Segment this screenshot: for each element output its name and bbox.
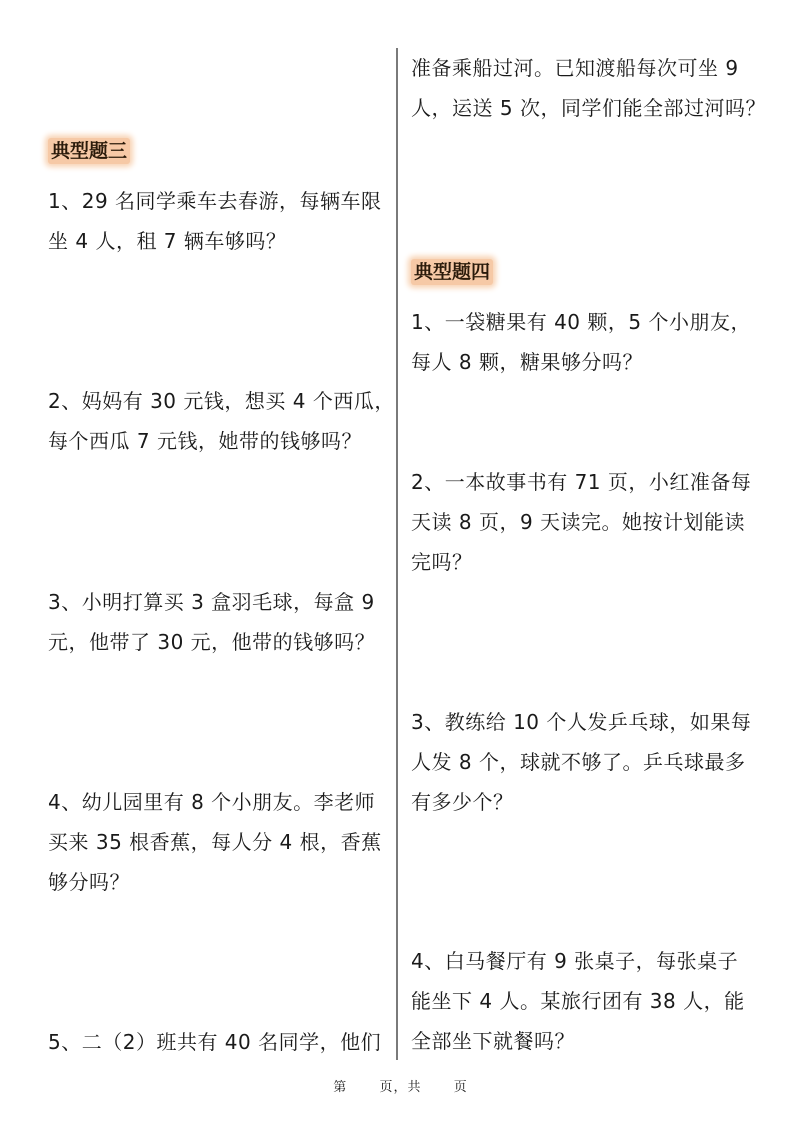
question-line: 4、白马餐厅有 9 张桌子，每张桌子: [411, 948, 738, 974]
question-line: 买来 35 根香蕉，每人分 4 根，香蕉: [48, 829, 382, 855]
question-line: 元，他带了 30 元，他带的钱够吗？: [48, 629, 375, 655]
page-prefix: 第: [333, 1076, 347, 1095]
page-mid: 页，共: [379, 1076, 421, 1095]
question-line: 完吗？: [411, 549, 473, 575]
question-line: 4、幼儿园里有 8 个小朋友。李老师: [48, 789, 375, 815]
question-line: 有多少个？: [411, 789, 514, 815]
section-heading-4: 典型题四: [411, 259, 493, 285]
question-line: 天读 8 页，9 天读完。她按计划能读: [411, 509, 745, 535]
question-line: 1、29 名同学乘车去春游，每辆车限: [48, 188, 382, 214]
continuation-line: 准备乘船过河。已知渡船每次可坐 9: [411, 55, 739, 81]
page-footer: 第 页，共 页: [0, 1076, 793, 1095]
question-line: 全部坐下就餐吗？: [411, 1028, 575, 1054]
question-line: 能坐下 4 人。某旅行团有 38 人，能: [411, 988, 745, 1014]
page-suffix: 页: [454, 1076, 468, 1095]
question-line: 1、一袋糖果有 40 颗，5 个小朋友，: [411, 309, 751, 335]
question-line: 每个西瓜 7 元钱，她带的钱够吗？: [48, 428, 362, 454]
continuation-line: 人，运送 5 次，同学们能全部过河吗？: [411, 95, 766, 121]
question-line: 3、小明打算买 3 盒羽毛球，每盒 9: [48, 589, 375, 615]
question-line: 够分吗？: [48, 869, 130, 895]
question-line: 5、二（2）班共有 40 名同学，他们: [48, 1029, 381, 1055]
question-line: 人发 8 个，球就不够了。乒乓球最多: [411, 749, 745, 775]
section-heading-3: 典型题三: [48, 138, 130, 164]
column-divider: [396, 48, 398, 1060]
question-line: 每人 8 颗，糖果够分吗？: [411, 349, 643, 375]
question-line: 2、妈妈有 30 元钱，想买 4 个西瓜，: [48, 388, 395, 414]
question-line: 坐 4 人，租 7 辆车够吗？: [48, 228, 286, 254]
question-line: 2、一本故事书有 71 页，小红准备每: [411, 469, 751, 495]
question-line: 3、教练给 10 个人发乒乓球，如果每: [411, 709, 751, 735]
